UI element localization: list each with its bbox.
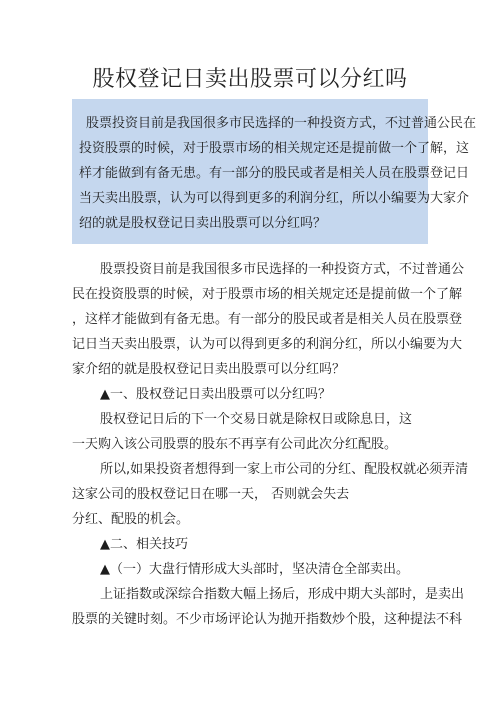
summary-line: 股票投资目前是我国很多市民选择的一种投资方式，不过普通公民在 — [79, 111, 424, 136]
section-heading: ▲二、相关技巧 — [72, 532, 432, 557]
paragraph-line: 这家公司的股权登记日在哪一天， 否则就会失去 — [72, 482, 432, 507]
paragraph-line: 所以,如果投资者想得到一家上市公司的分红、配股权就必须弄清 — [72, 457, 432, 482]
paragraph-line: 股权登记日后的下一个交易日就是除权日或除息日，这 — [72, 407, 432, 432]
paragraph-line: 上证指数或深综合指数大幅上扬后，形成中期大头部时，是卖出 — [72, 582, 432, 607]
paragraph-line: 股票投资目前是我国很多市民选择的一种投资方式，不过普通公 — [72, 257, 432, 282]
summary-box: 股票投资目前是我国很多市民选择的一种投资方式，不过普通公民在 投资股票的时候，对… — [72, 99, 428, 244]
paragraph-line: 一天购入该公司股票的股东不再享有公司此次分红配股。 — [72, 432, 432, 457]
paragraph-line: 家介绍的就是股权登记日卖出股票可以分红吗？ — [72, 357, 432, 382]
paragraph-line: 民在投资股票的时候，对于股票市场的相关规定还是提前做一个了解 — [72, 282, 432, 307]
document-title: 股权登记日卖出股票可以分红吗 — [0, 62, 500, 93]
paragraph-line: 股票的关键时刻。不少市场评论认为抛开指数炒个股，这种提法不科 — [72, 607, 432, 632]
summary-line: 样才能做到有备无患。有一部分的股民或者是相关人员在股票登记日 — [79, 161, 424, 186]
summary-line: 绍的就是股权登记日卖出股票可以分红吗？ — [79, 211, 424, 236]
summary-line: 当天卖出股票，认为可以得到更多的利润分红，所以小编要为大家介 — [79, 186, 424, 211]
summary-line: 投资股票的时候，对于股票市场的相关规定还是提前做一个了解，这 — [79, 136, 424, 161]
paragraph-line: 分红、配股的机会。 — [72, 507, 432, 532]
paragraph-line: ，这样才能做到有备无患。有一部分的股民或者是相关人员在股票登 — [72, 307, 432, 332]
article-body: 股票投资目前是我国很多市民选择的一种投资方式，不过普通公 民在投资股票的时候，对… — [72, 257, 432, 632]
subsection-heading: ▲（一）大盘行情形成大头部时，坚决清仓全部卖出。 — [72, 557, 432, 582]
paragraph-line: 记日当天卖出股票，认为可以得到更多的利润分红，所以小编要为大 — [72, 332, 432, 357]
section-heading: ▲一、股权登记日卖出股票可以分红吗？ — [72, 382, 432, 407]
